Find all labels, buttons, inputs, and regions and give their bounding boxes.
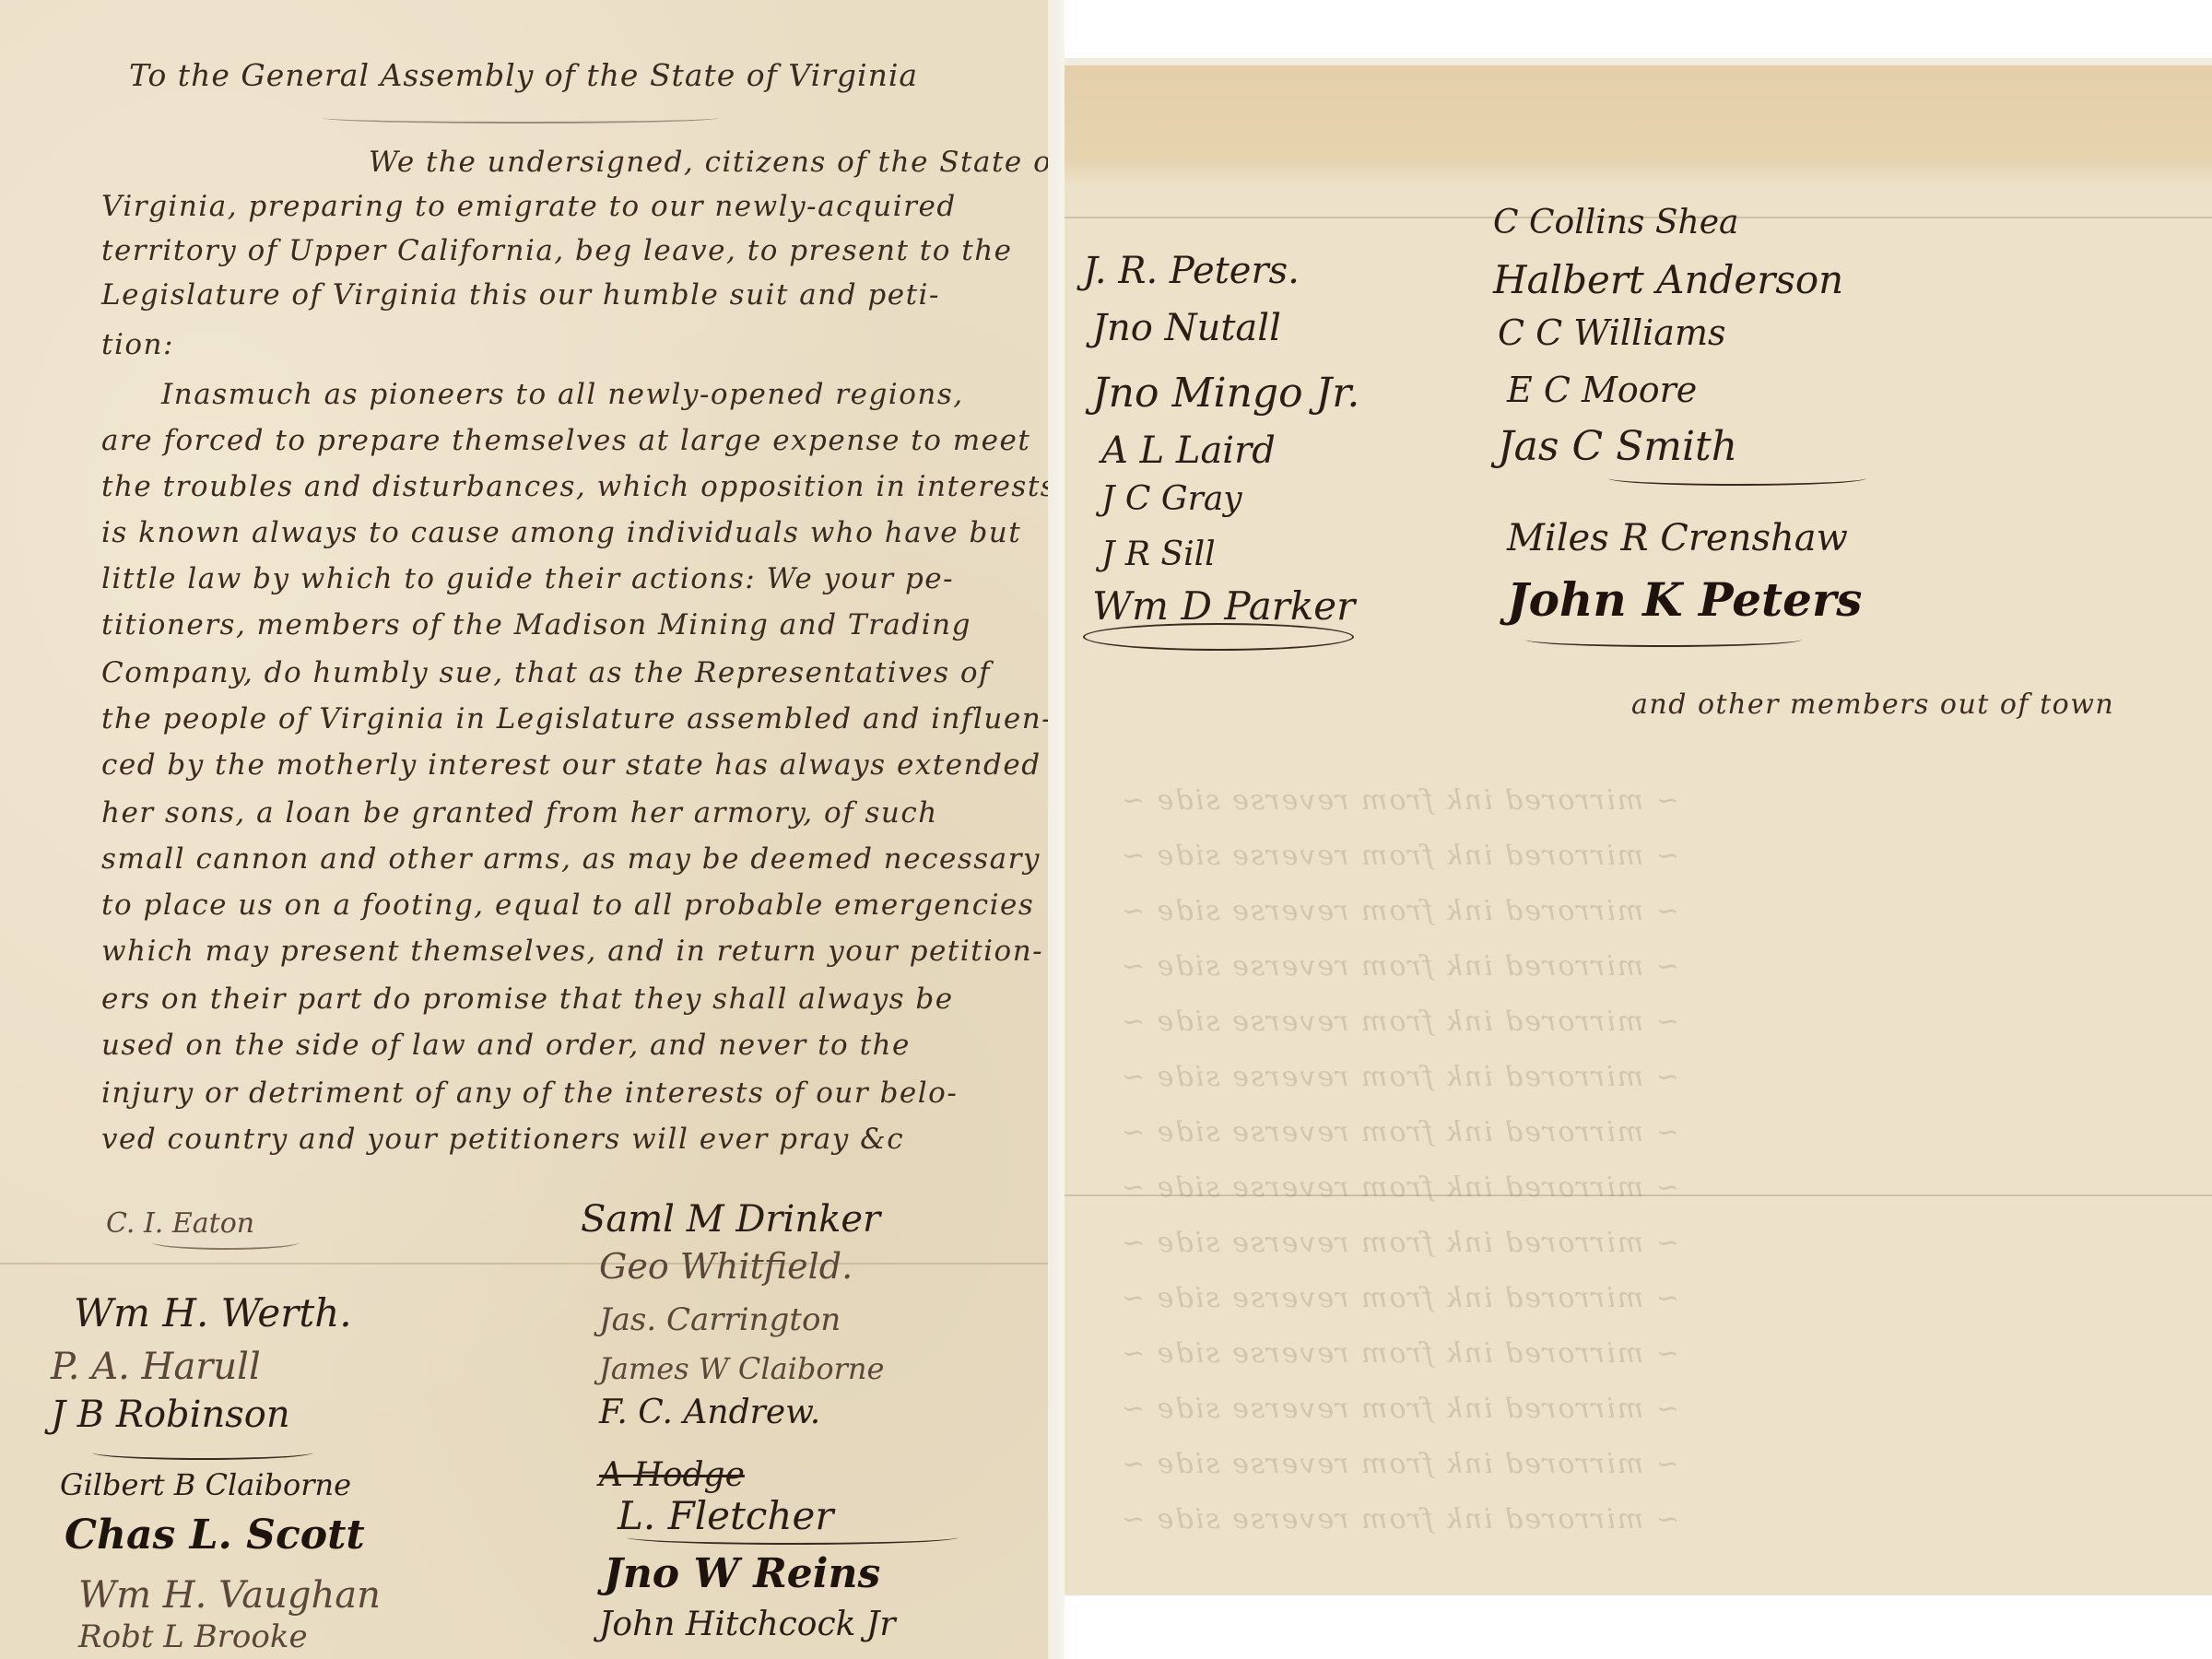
water-stain bbox=[1065, 65, 2212, 185]
signature: John Hitchcock Jr bbox=[599, 1606, 896, 1643]
signature-underline bbox=[92, 1445, 313, 1460]
body-line: ced by the motherly interest our state h… bbox=[101, 748, 1041, 782]
bleed-line: ~ mirrored ink from reverse side ~ bbox=[1120, 784, 1679, 817]
fold-line bbox=[0, 1263, 1048, 1265]
body-line: territory of Upper California, beg leave… bbox=[101, 234, 1013, 267]
right-page: J. R. Peters. Jno Nutall Jno Mingo Jr. A… bbox=[1065, 58, 2212, 1595]
body-line: the troubles and disturbances, which opp… bbox=[101, 470, 1056, 503]
signature: Chas L. Scott bbox=[65, 1512, 365, 1559]
body-line: ved country and your petitioners will ev… bbox=[101, 1123, 904, 1156]
body-line: We the undersigned, citizens of the Stat… bbox=[369, 146, 1064, 179]
signature: Jno Mingo Jr. bbox=[1092, 370, 1359, 417]
body-line: tion: bbox=[101, 328, 174, 361]
signature: Miles R Crenshaw bbox=[1507, 517, 1848, 559]
signature-underline bbox=[152, 1235, 300, 1250]
signature: Saml M Drinker bbox=[581, 1198, 880, 1241]
signature: Wm H. Werth. bbox=[74, 1290, 352, 1335]
bleed-line: ~ mirrored ink from reverse side ~ bbox=[1120, 840, 1679, 872]
body-line: the people of Virginia in Legislature as… bbox=[101, 702, 1053, 735]
body-line: small cannon and other arms, as may be d… bbox=[101, 842, 1041, 876]
bleed-line: ~ mirrored ink from reverse side ~ bbox=[1120, 950, 1679, 982]
signature: Robt L Brooke bbox=[78, 1618, 308, 1655]
bleed-line: ~ mirrored ink from reverse side ~ bbox=[1120, 895, 1679, 927]
signature-underline bbox=[627, 1530, 959, 1545]
signature: Geo Whitfield. bbox=[599, 1246, 853, 1287]
body-line: which may present themselves, and in ret… bbox=[101, 935, 1043, 968]
signature: Jas. Carrington bbox=[599, 1301, 841, 1338]
bleed-line: ~ mirrored ink from reverse side ~ bbox=[1120, 1171, 1679, 1204]
signature: P. A. Harull bbox=[51, 1346, 261, 1388]
signature: Halbert Anderson bbox=[1493, 257, 1843, 302]
signature: J C Gray bbox=[1101, 480, 1242, 518]
petition-title: To the General Assembly of the State of … bbox=[129, 57, 918, 93]
signature: J B Robinson bbox=[51, 1394, 290, 1436]
signature-underline bbox=[1608, 471, 1866, 486]
bleed-line: ~ mirrored ink from reverse side ~ bbox=[1120, 1227, 1679, 1259]
bleed-line: ~ mirrored ink from reverse side ~ bbox=[1120, 1061, 1679, 1093]
body-line: to place us on a footing, equal to all p… bbox=[101, 888, 1034, 922]
bleed-line: ~ mirrored ink from reverse side ~ bbox=[1120, 1337, 1679, 1370]
signature-underline bbox=[1525, 632, 1802, 647]
bleed-line: ~ mirrored ink from reverse side ~ bbox=[1120, 1116, 1679, 1148]
signature: C C Williams bbox=[1498, 312, 1726, 353]
body-line: used on the side of law and order, and n… bbox=[101, 1029, 911, 1062]
signature: J. R. Peters. bbox=[1083, 250, 1300, 292]
signature: E C Moore bbox=[1507, 370, 1697, 410]
signature: J R Sill bbox=[1101, 535, 1216, 573]
body-line: little law by which to guide their actio… bbox=[101, 562, 954, 595]
body-line: is known always to cause among individua… bbox=[101, 516, 1021, 549]
bleed-line: ~ mirrored ink from reverse side ~ bbox=[1120, 1282, 1679, 1314]
signature: Wm D Parker bbox=[1092, 583, 1355, 629]
body-line: Virginia, preparing to emigrate to our n… bbox=[101, 190, 957, 223]
signature: James W Claiborne bbox=[599, 1351, 884, 1386]
bleed-line: ~ mirrored ink from reverse side ~ bbox=[1120, 1006, 1679, 1038]
body-line: her sons, a loan be granted from her arm… bbox=[101, 796, 938, 829]
signature: Jno Nutall bbox=[1092, 307, 1281, 349]
signature: F. C. Andrew. bbox=[599, 1394, 820, 1431]
signature: John K Peters bbox=[1507, 572, 1862, 627]
body-line: Inasmuch as pioneers to all newly-opened… bbox=[161, 378, 964, 411]
signature: Gilbert B Claiborne bbox=[60, 1467, 351, 1502]
left-page: To the General Assembly of the State of … bbox=[0, 0, 1048, 1659]
bleed-line: ~ mirrored ink from reverse side ~ bbox=[1120, 1503, 1679, 1535]
signature-flourish bbox=[1083, 623, 1354, 651]
body-line: ers on their part do promise that they s… bbox=[101, 982, 954, 1016]
body-line: injury or detriment of any of the intere… bbox=[101, 1077, 958, 1110]
postscript-note: and other members out of town bbox=[1631, 688, 2114, 721]
signature: Wm H. Vaughan bbox=[78, 1574, 381, 1617]
body-line: Company, do humbly sue, that as the Repr… bbox=[101, 656, 991, 689]
bleed-line: ~ mirrored ink from reverse side ~ bbox=[1120, 1393, 1679, 1425]
signature: A L Laird bbox=[1101, 429, 1276, 472]
body-line: are forced to prepare themselves at larg… bbox=[101, 424, 1030, 457]
signature: C Collins Shea bbox=[1493, 204, 1738, 241]
signature: Jno W Reins bbox=[604, 1550, 880, 1597]
signature: Jas C Smith bbox=[1498, 423, 1737, 470]
signature-struck: A Hodge bbox=[599, 1456, 745, 1494]
body-line: Legislature of Virginia this our humble … bbox=[101, 278, 940, 312]
body-line: titioners, members of the Madison Mining… bbox=[101, 608, 971, 641]
title-flourish bbox=[323, 112, 719, 124]
bleed-line: ~ mirrored ink from reverse side ~ bbox=[1120, 1448, 1679, 1480]
